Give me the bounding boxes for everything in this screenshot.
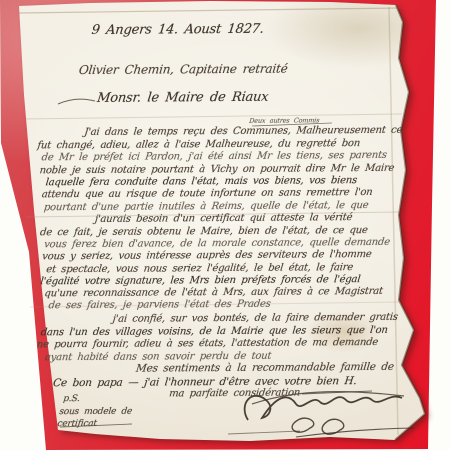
body-line: l'égalité votre signature, les Mrs bien …	[40, 274, 361, 287]
body-line: de ses faires, je parviens l'état des Pr…	[48, 299, 271, 312]
body-line: de ce fait, je serais obtenu le Maire, b…	[39, 225, 368, 238]
request-line: ne pourra fournir, adieu à ses états, l'…	[36, 337, 378, 350]
body-line: J'ai dans le temps reçu des Communes, Ma…	[84, 125, 403, 138]
body-line: attendu que au risque de toute infortune…	[41, 187, 373, 200]
postscript-line: sous modele de	[59, 407, 133, 418]
recipient-line-1: Olivier Chemin, Capitaine retraité	[78, 62, 288, 77]
interline-note: Deux autres Commis	[249, 116, 320, 124]
dateline: 9 Angers 14. Aoust 1827.	[91, 22, 265, 38]
handwriting-layer: 9 Angers 14. Aoust 1827. Olivier Chemin,…	[0, 0, 450, 450]
recipient-line-2: Monsr. le Maire de Riaux	[96, 90, 269, 106]
body-line: laquelle fera conduite dans l'état, mais…	[45, 175, 358, 188]
body-line: et spectacle, vous nous seriez l'égalité…	[46, 262, 354, 275]
closing-line: ma parfaite considération	[169, 387, 301, 399]
body-line: j'aurais besoin d'un certificat qui atte…	[94, 212, 353, 225]
closing-line: Mes sentiments à la recommandable famill…	[135, 361, 394, 375]
body-line: qu'une reconnaissance de l'état à Mrs, a…	[44, 286, 384, 299]
request-line: j'ai confié, sur vos bontés, de la faire…	[112, 312, 398, 325]
closing-line: Ce bon papa — j'ai l'honneur d'être avec…	[52, 375, 357, 389]
body-line: pourtant d'une partie inutiles à Reims, …	[43, 200, 369, 213]
postscript-line: p.S.	[63, 394, 81, 404]
body-line: de Mr le préfet ici Pardon, j'ai été ain…	[41, 150, 388, 163]
photo-of-letter: 9 Angers 14. Aoust 1827. Olivier Chemin,…	[0, 0, 450, 450]
postscript-line: certificat	[57, 419, 98, 429]
body-line: vous y seriez, vous intéresse auprès des…	[42, 249, 373, 262]
body-line: fut changé, adieu, allez à l'aise Malheu…	[37, 138, 361, 151]
